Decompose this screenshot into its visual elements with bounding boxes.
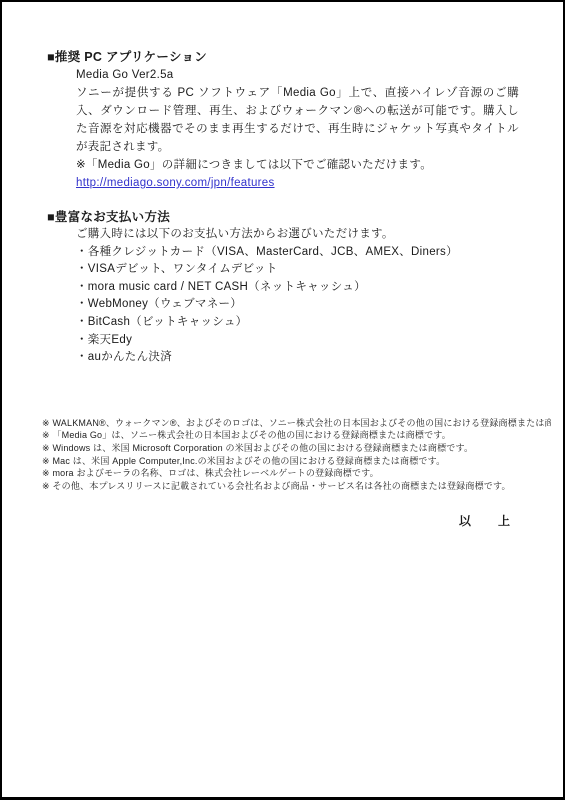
footnote-other-trademarks: ※ その他、本プレスリリースに記載されている会社名および商品・サービス名は各社の… — [42, 480, 551, 493]
footnote-mac: ※ Mac は、米国 Apple Computer,Inc.の米国およびその他の… — [42, 455, 551, 468]
payment-item-au-kantan: ・auかんたん決済 — [76, 349, 519, 367]
section-heading-pc-application: ■推奨 PC アプリケーション — [47, 48, 563, 66]
page-content: ■推奨 PC アプリケーション Media Go Ver2.5a ソニーが提供す… — [2, 2, 563, 529]
section-heading-payment-methods: ■豊富なお支払い方法 — [47, 208, 563, 226]
payment-intro: ご購入時には以下のお支払い方法からお選びいただけます。 — [76, 226, 519, 244]
payment-item-webmoney: ・WebMoney（ウェブマネー） — [76, 296, 519, 314]
footnote-mora: ※ mora およびモーラの名称、ロゴは、株式会社レーベルゲートの登録商標です。 — [42, 467, 551, 480]
media-go-features-link[interactable]: http://mediago.sony.com/jpn/features — [76, 177, 275, 189]
footnote-media-go: ※ 「Media Go」は、ソニー株式会社の日本国およびその他の国における登録商… — [42, 429, 551, 442]
media-go-version: Media Go Ver2.5a — [76, 66, 519, 84]
trademark-footnotes: ※ WALKMAN®、ウォークマン®、およびそのロゴは、ソニー株式会社の日本国お… — [42, 417, 551, 493]
payment-item-rakuten-edy: ・楽天Edy — [76, 332, 519, 350]
media-go-description: ソニーが提供する PC ソフトウェア「Media Go」上で、直接ハイレゾ音源の… — [76, 84, 519, 156]
payment-item-mora-netcash: ・mora music card / NET CASH（ネットキャッシュ） — [76, 279, 519, 297]
media-go-detail-note: ※「Media Go」の詳細につきましては以下でご確認いただけます。 — [76, 156, 519, 174]
press-release-page: ■推奨 PC アプリケーション Media Go Ver2.5a ソニーが提供す… — [0, 0, 565, 800]
payment-item-visa-debit: ・VISAデビット、ワンタイムデビット — [76, 261, 519, 279]
section-payment-methods: ■豊富なお支払い方法 ご購入時には以下のお支払い方法からお選びいただけます。 ・… — [2, 208, 563, 367]
section-recommended-pc-application: ■推奨 PC アプリケーション Media Go Ver2.5a ソニーが提供す… — [2, 48, 563, 192]
payment-item-credit-cards: ・各種クレジットカード（VISA、MasterCard、JCB、AMEX、Din… — [76, 244, 519, 262]
footnote-windows: ※ Windows は、米国 Microsoft Corporation の米国… — [42, 442, 551, 455]
footnote-walkman: ※ WALKMAN®、ウォークマン®、およびそのロゴは、ソニー株式会社の日本国お… — [42, 417, 551, 430]
closing-text: 以 上 — [2, 512, 511, 529]
payment-item-bitcash: ・BitCash（ビットキャッシュ） — [76, 314, 519, 332]
